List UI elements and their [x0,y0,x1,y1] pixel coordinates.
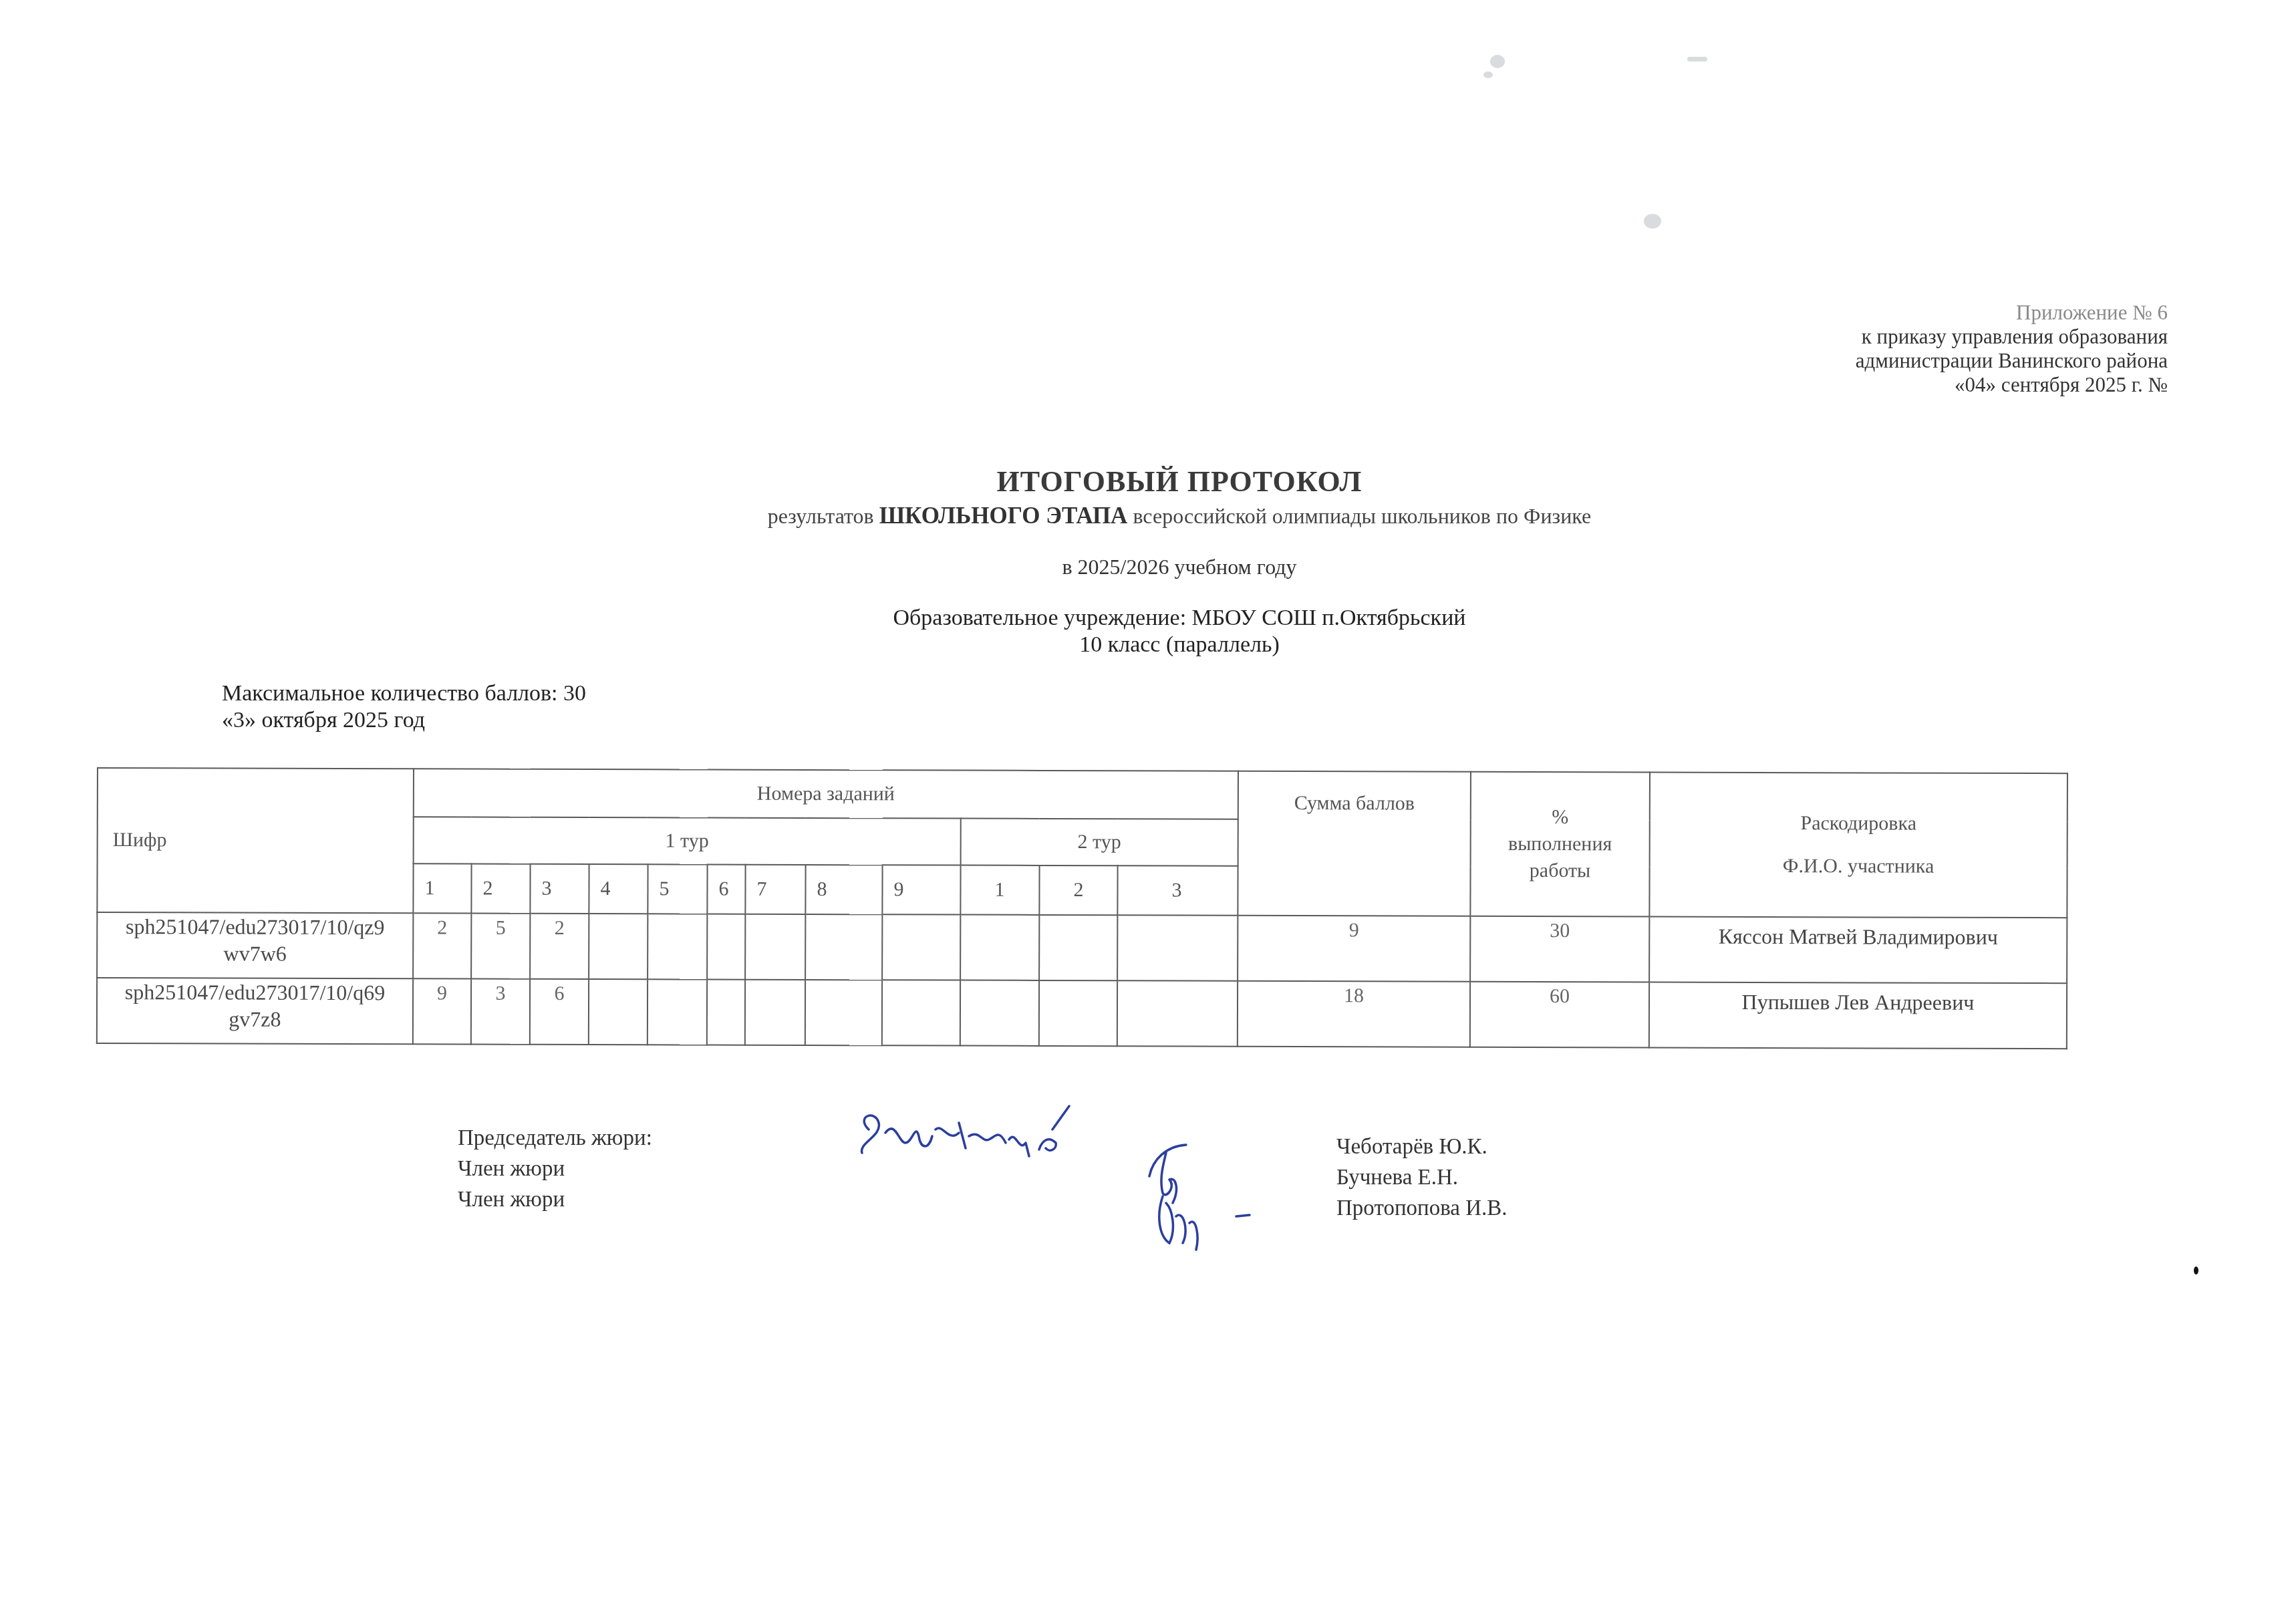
cipher-line-2: wv7w6 [98,940,412,967]
header-task-numbers: Номера заданий [414,769,1238,819]
header-r1-task: 5 [648,864,707,914]
score-cell [707,980,745,1045]
score-cell [589,979,648,1045]
header-r1-task: 3 [530,864,589,914]
protocol-date: «3» октября 2025 год [222,707,586,734]
academic-year: в 2025/2026 учебном году [0,555,2296,579]
header-row-1: Шифр Номера заданий Сумма баллов % выпол… [98,768,2067,821]
header-r1-task: 9 [882,865,960,914]
scan-artifact [1483,72,1493,78]
header-r2-task: 3 [1117,865,1238,916]
table-row: sph251047/edu273017/10/q69 gv7z8 9 3 6 1… [97,978,2067,1049]
score-cell [1117,915,1238,981]
score-cell [1039,915,1117,980]
jury-member-label: Член жюри [458,1184,652,1215]
score-cell: 5 [471,914,530,979]
jury-names: Чеботарёв Ю.К. Бучнева Е.Н. Протопопова … [1336,1131,1508,1224]
score-cell [960,915,1039,980]
jury-member-name: Бучнева Е.Н. [1336,1162,1508,1193]
participant-name: Пупышев Лев Андреевич [1649,982,2067,1049]
subtitle-suffix: всероссийской олимпиады школьников по Фи… [1133,504,1591,528]
score-cell [745,980,805,1045]
cipher-cell: sph251047/edu273017/10/q69 gv7z8 [97,978,413,1044]
table-row: sph251047/edu273017/10/qz9 wv7w6 2 5 2 9… [97,912,2067,983]
scan-artifact [1490,55,1505,68]
score-cell [882,980,960,1045]
school-info: Образовательное учреждение: МБОУ СОШ п.О… [0,605,2296,658]
header-r1-task: 1 [413,863,471,913]
header-percent-symbol: % [1471,804,1649,831]
score-cell [707,914,745,980]
member-signature-2 [1149,1190,1270,1256]
subtitle-prefix: результатов [768,504,874,528]
sum-cell: 18 [1238,981,1470,1047]
scan-artifact [1644,214,1661,229]
document-title: ИТОГОВЫЙ ПРОТОКОЛ [0,464,2296,499]
header-decoding-title: Раскодировка [1651,811,2067,835]
score-cell [805,980,882,1045]
grade-label: 10 класс (параллель) [0,632,2296,658]
header-sum: Сумма баллов [1238,771,1471,916]
score-cell [805,914,882,980]
appendix-administration-line: администрации Ванинского района [1856,349,2168,373]
header-r2-task: 1 [960,865,1039,915]
score-cell [1117,980,1238,1047]
header-decoding-fio: Ф.И.О. участника [1651,854,2067,878]
score-cell [1039,980,1117,1046]
appendix-number: Приложение № 6 [1856,301,2168,325]
sum-cell: 9 [1238,916,1470,982]
jury-chair-name: Чеботарёв Ю.К. [1336,1131,1508,1162]
header-r2-task: 2 [1039,865,1117,915]
score-cell: 9 [413,978,471,1044]
header-round-2: 2 тур [961,819,1238,866]
document-subtitle: результатов ШКОЛЬНОГО ЭТАПА всероссийско… [0,503,2296,529]
jury-member-name: Протопопова И.В. [1336,1193,1508,1224]
cipher-line-1: sph251047/edu273017/10/q69 [98,978,412,1006]
jury-member-label: Член жюри [458,1154,652,1184]
jury-chair-label: Председатель жюри: [458,1123,652,1154]
header-decoding: Раскодировка Ф.И.О. участника [1649,772,2067,918]
header-percent: % выполнения работы [1470,772,1650,917]
header-cipher: Шифр [97,768,414,913]
header-r1-task: 8 [805,865,882,914]
score-cell [589,914,648,979]
score-cell [648,979,707,1045]
appendix-reference: Приложение № 6 к приказу управления обра… [1856,301,2168,397]
score-cell [960,980,1039,1046]
chair-signature [849,1103,1089,1163]
header-r1-task: 7 [745,865,805,914]
header-percent-label: выполнения [1471,831,1649,858]
score-cell [648,914,707,979]
header-r1-task: 2 [471,864,530,914]
cipher-line-1: sph251047/edu273017/10/qz9 [98,913,412,940]
school-name: Образовательное учреждение: МБОУ СОШ п.О… [0,605,2296,632]
scan-artifact [1687,57,1707,61]
header-r1-task: 4 [589,864,648,914]
appendix-order-line: к приказу управления образования [1856,325,2168,349]
scan-artifact [2194,1266,2198,1274]
score-cell: 2 [413,913,471,978]
appendix-date-line: «04» сентября 2025 г. № [1856,373,2168,397]
participant-name: Кяссон Матвей Владимирович [1649,916,2067,983]
percent-cell: 30 [1470,916,1649,982]
protocol-meta: Максимальное количество баллов: 30 «3» о… [222,680,586,734]
header-percent-label-2: работы [1471,857,1649,885]
max-score: Максимальное количество баллов: 30 [222,680,586,707]
subtitle-stage: ШКОЛЬНОГО ЭТАПА [879,503,1128,529]
cipher-cell: sph251047/edu273017/10/qz9 wv7w6 [97,912,413,978]
header-r1-task: 6 [707,865,745,914]
percent-cell: 60 [1470,982,1649,1048]
header-round-1: 1 тур [414,817,961,865]
score-cell: 3 [471,979,530,1045]
cipher-line-2: gv7z8 [98,1005,412,1033]
score-cell [882,914,960,980]
results-table: Шифр Номера заданий Сумма баллов % выпол… [96,767,2068,1049]
score-cell: 6 [530,979,589,1045]
score-cell [745,914,805,980]
jury-roles: Председатель жюри: Член жюри Член жюри [458,1123,652,1215]
score-cell: 2 [530,914,589,979]
